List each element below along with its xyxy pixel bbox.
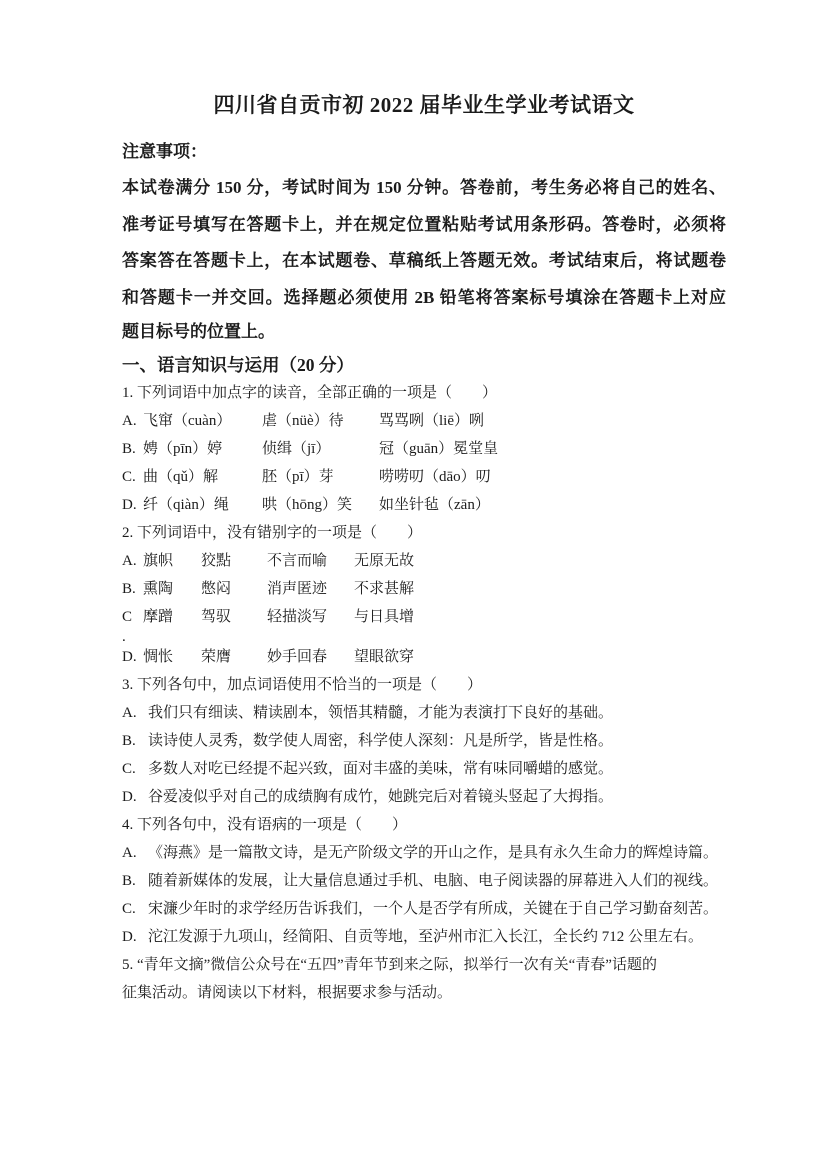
notice-line: 本试卷满分 150 分，考试时间为 150 分钟。答卷前，考生务必将自己的姓名、 [122, 170, 726, 207]
notice-line: 和答题卡一并交回。选择题必须使用 2B 铅笔将答案标号填涂在答题卡上对应 [122, 280, 726, 317]
option-text: 我们只有细读、精读剧本，领悟其精髓，才能为表演打下良好的基础。 [148, 699, 613, 727]
option-item: 消声匿迹 [267, 575, 354, 603]
option-item: 飞窜（cuàn） [143, 407, 262, 435]
option-label: B. [122, 435, 143, 463]
question-5-line: 5. “青年文摘”微信公众号在“五四”青年节到来之际，拟举行一次有关“青春”话题… [122, 951, 726, 979]
q2-option-row-d: D. 惆怅 荣膺 妙手回春 望眼欲穿 [122, 643, 726, 671]
option-item: 如坐针毡（zān） [379, 491, 490, 519]
option-label: C. [122, 755, 148, 783]
question-5-line: 征集活动。请阅读以下材料，根据要求参与活动。 [122, 979, 726, 1007]
q4-option-row-b: B. 随着新媒体的发展，让大量信息通过手机、电脑、电子阅读器的屏幕进入人们的视线… [122, 867, 726, 895]
q1-option-row-c: C. 曲（qǔ）解 胚（pī）芽 唠唠叨（dāo）叨 [122, 463, 726, 491]
option-label: D. [122, 643, 143, 671]
option-label: A. [122, 547, 143, 575]
option-text: 随着新媒体的发展，让大量信息通过手机、电脑、电子阅读器的屏幕进入人们的视线。 [148, 867, 718, 895]
q2-option-row-a: A. 旗帜 狡點 不言而喻 无原无故 [122, 547, 726, 575]
option-label: B. [122, 867, 148, 895]
option-item: 旗帜 [143, 547, 201, 575]
option-item: 熏陶 [143, 575, 201, 603]
q4-option-row-a: A. 《海燕》是一篇散文诗，是无产阶级文学的开山之作，是具有永久生命力的辉煌诗篇… [122, 839, 726, 867]
section-heading: 一、语言知识与运用（20 分） [122, 351, 726, 379]
question-1-stem: 1. 下列词语中加点字的读音，全部正确的一项是（ ） [122, 379, 726, 407]
option-item: 纤（qiàn）绳 [143, 491, 262, 519]
q1-option-row-a: A. 飞窜（cuàn） 虐（nüè）待 骂骂咧（liē）咧 [122, 407, 726, 435]
option-item: 荣膺 [201, 643, 267, 671]
option-item: 无原无故 [354, 547, 414, 575]
option-text: 《海燕》是一篇散文诗，是无产阶级文学的开山之作，是具有永久生命力的辉煌诗篇。 [148, 839, 718, 867]
question-3-stem: 3. 下列各句中，加点词语使用不恰当的一项是（ ） [122, 671, 726, 699]
option-item: 驾驭 [201, 603, 267, 631]
option-label: A. [122, 407, 143, 435]
option-item: 冠（guān）冕堂皇 [379, 435, 498, 463]
q1-option-row-b: B. 娉（pīn）婷 侦缉（jī） 冠（guān）冕堂皇 [122, 435, 726, 463]
question-4-stem: 4. 下列各句中，没有语病的一项是（ ） [122, 811, 726, 839]
option-label: C [122, 603, 143, 631]
option-label: A. [122, 839, 148, 867]
option-item: 不言而喻 [267, 547, 354, 575]
q3-option-row-c: C. 多数人对吃已经提不起兴致，面对丰盛的美味，常有味同嚼蜡的感觉。 [122, 755, 726, 783]
wrapped-period: . [122, 631, 726, 643]
option-item: 唠唠叨（dāo）叨 [379, 463, 491, 491]
q3-option-row-b: B. 读诗使人灵秀，数学使人周密，科学使人深刻：凡是所学，皆是性格。 [122, 727, 726, 755]
question-2-stem: 2. 下列词语中，没有错别字的一项是（ ） [122, 519, 726, 547]
option-text: 宋濂少年时的求学经历告诉我们，一个人是否学有所成，关键在于自己学习勤奋刻苦。 [148, 895, 718, 923]
option-label: C. [122, 895, 148, 923]
option-text: 谷爱凌似乎对自己的成绩胸有成竹，她跳完后对着镜头竖起了大拇指。 [148, 783, 613, 811]
notice-line: 准考证号填写在答题卡上，并在规定位置粘贴考试用条形码。答卷时，必须将 [122, 207, 726, 244]
q4-option-row-c: C. 宋濂少年时的求学经历告诉我们，一个人是否学有所成，关键在于自己学习勤奋刻苦… [122, 895, 726, 923]
option-item: 娉（pīn）婷 [143, 435, 262, 463]
notice-heading: 注意事项： [122, 134, 726, 170]
exam-title: 四川省自贡市初 2022 届毕业生学业考试语文 [122, 90, 726, 120]
q1-option-row-d: D. 纤（qiàn）绳 哄（hōng）笑 如坐针毡（zān） [122, 491, 726, 519]
option-item: 曲（qǔ）解 [143, 463, 262, 491]
option-text: 多数人对吃已经提不起兴致，面对丰盛的美味，常有味同嚼蜡的感觉。 [148, 755, 613, 783]
option-text: 沱江发源于九项山，经简阳、自贡等地，至泸州市汇入长江，全长约 712 公里左右。 [148, 923, 703, 951]
q4-option-row-d: D. 沱江发源于九项山，经简阳、自贡等地，至泸州市汇入长江，全长约 712 公里… [122, 923, 726, 951]
option-label: D. [122, 491, 143, 519]
notice-line: 答案答在答题卡上，在本试题卷、草稿纸上答题无效。考试结束后，将试题卷 [122, 243, 726, 280]
option-item: 骂骂咧（liē）咧 [379, 407, 484, 435]
option-label: D. [122, 783, 148, 811]
option-item: 胚（pī）芽 [262, 463, 379, 491]
option-item: 与日具增 [354, 603, 414, 631]
q2-option-row-c: C 摩蹭 驾驭 轻描淡写 与日具增 [122, 603, 726, 631]
option-item: 憋闷 [201, 575, 267, 603]
option-item: 不求甚解 [354, 575, 414, 603]
option-item: 虐（nüè）待 [262, 407, 379, 435]
notice-line: 题目标号的位置上。 [122, 316, 726, 348]
option-label: B. [122, 575, 143, 603]
q3-option-row-d: D. 谷爱凌似乎对自己的成绩胸有成竹，她跳完后对着镜头竖起了大拇指。 [122, 783, 726, 811]
option-item: 望眼欲穿 [354, 643, 414, 671]
option-item: 妙手回春 [267, 643, 354, 671]
option-label: D. [122, 923, 148, 951]
option-item: 侦缉（jī） [262, 435, 379, 463]
option-label: A. [122, 699, 148, 727]
option-item: 狡點 [201, 547, 267, 575]
option-label: C. [122, 463, 143, 491]
q2-option-row-b: B. 熏陶 憋闷 消声匿迹 不求甚解 [122, 575, 726, 603]
option-item: 轻描淡写 [267, 603, 354, 631]
option-label: B. [122, 727, 148, 755]
option-text: 读诗使人灵秀，数学使人周密，科学使人深刻：凡是所学，皆是性格。 [148, 727, 613, 755]
option-item: 哄（hōng）笑 [262, 491, 379, 519]
option-item: 摩蹭 [143, 603, 201, 631]
q3-option-row-a: A. 我们只有细读、精读剧本，领悟其精髓，才能为表演打下良好的基础。 [122, 699, 726, 727]
option-item: 惆怅 [143, 643, 201, 671]
exam-paper: 四川省自贡市初 2022 届毕业生学业考试语文 注意事项： 本试卷满分 150 … [122, 90, 726, 1007]
